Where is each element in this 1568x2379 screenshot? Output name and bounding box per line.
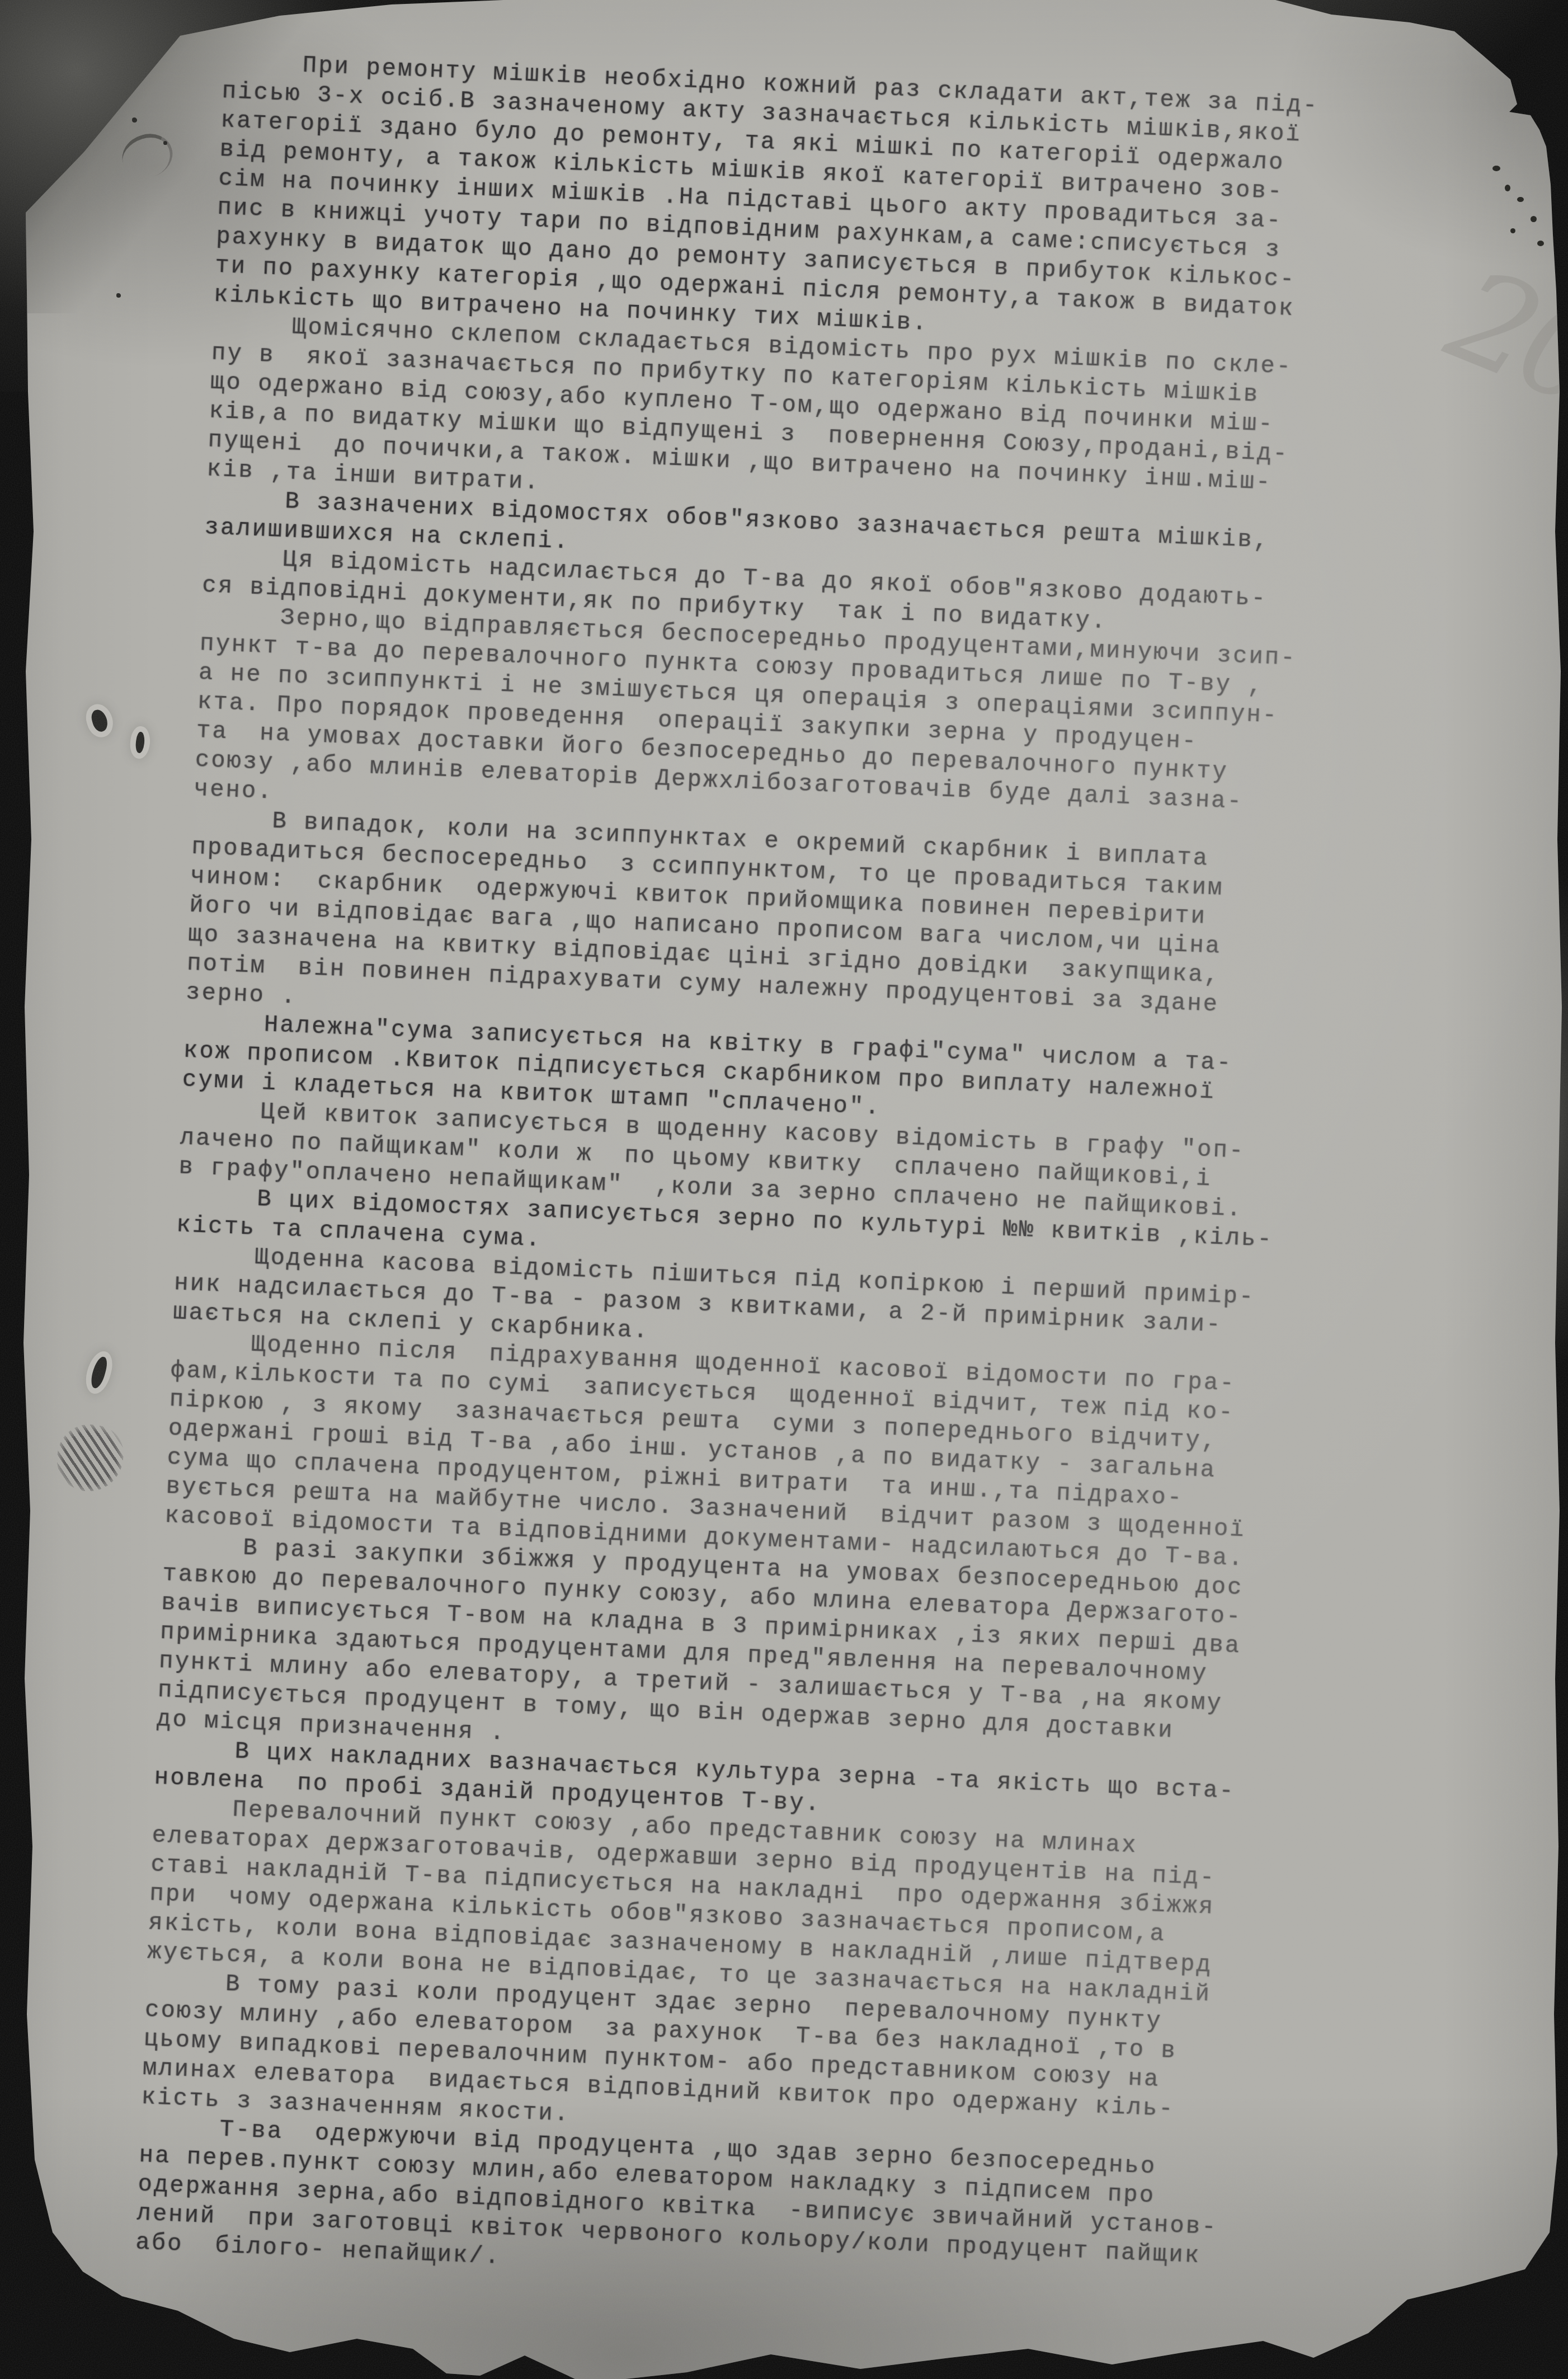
typewritten-paragraph: При ремонту мішків необхідно кожний раз … (213, 48, 1386, 356)
punch-hole (90, 708, 110, 734)
ink-speck (132, 117, 137, 123)
pencil-page-number: 20 (1430, 241, 1568, 435)
ink-speck (163, 141, 167, 145)
ink-fingerprint-smudge (53, 1420, 128, 1496)
paper-sheet: При ремонту мішків необхідно кожний раз … (0, 0, 1568, 2379)
punch-hole (135, 731, 145, 753)
document-photo: При ремонту мішків необхідно кожний раз … (0, 0, 1568, 2379)
ink-speck (116, 293, 121, 298)
typewritten-text: При ремонту мішків необхідно кожний раз … (135, 48, 1386, 2303)
tear-mark (89, 1355, 109, 1390)
